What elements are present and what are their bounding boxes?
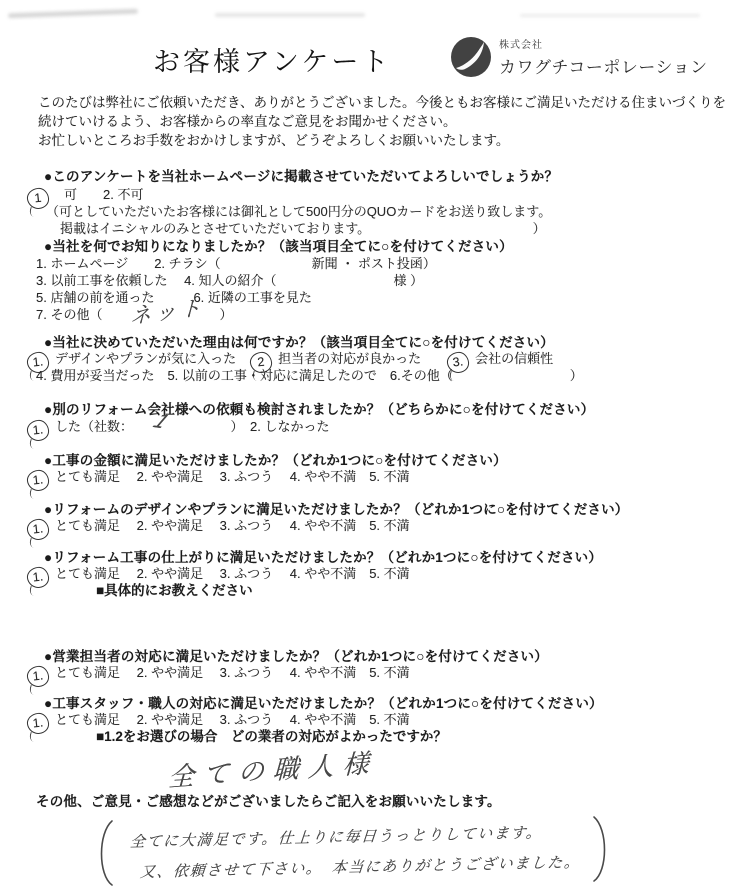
intro-line-1: このたびは弊社にご依頼いただき、ありがとうございました。今後ともお客様にご満足い… [38, 94, 726, 111]
scan-artifact [520, 14, 700, 17]
q7-options-text: とても満足 2. やや満足 3. ふつう 4. やや不満 5. 不満 [55, 566, 410, 581]
handwritten-selection-circle: 1. [26, 518, 50, 541]
handwritten-comment-line-2: 又、依頼させて下さい。 本当にありがとうございました。 [139, 851, 581, 882]
q4-options: 1.した（社数： ） 2. しなかった [27, 418, 329, 441]
handwritten-selection-circle: 1. [26, 712, 50, 735]
q5-options: 1.とても満足 2. やや満足 3. ふつう 4. やや不満 5. 不満 [27, 468, 410, 491]
q6-options-text: とても満足 2. やや満足 3. ふつう 4. やや不満 5. 不満 [55, 518, 410, 533]
q3-option3-text: 会社の信頼性 [475, 351, 553, 366]
q8-options-text: とても満足 2. やや満足 3. ふつう 4. やや不満 5. 不満 [55, 665, 410, 680]
q5-selected-number: 1. [32, 472, 44, 487]
scan-artifact [8, 9, 138, 19]
q3-option2-text: 担当者の対応が良かった [278, 351, 421, 366]
company-name: カワグチコーポレーション [499, 53, 708, 78]
company-logo-icon [450, 36, 492, 78]
scan-artifact [215, 13, 365, 17]
company-logo: 株式会社 カワグチコーポレーション [450, 36, 708, 78]
q2-option-line-2: 3. 以前工事を依頼した 4. 知人の紹介（ 様 ） [36, 272, 423, 289]
q9-handwritten-answer: 全ての職人様 [168, 743, 379, 795]
q1-selected-number: 1 [34, 191, 42, 206]
q9-title: ●工事スタッフ・職人の対応に満足いただけましたか？（どれか1つに○を付けてくださ… [44, 695, 603, 712]
q2-title: ●当社を何でお知りになりましたか？（該当項目全てに○を付けてください） [44, 238, 513, 255]
handwritten-right-bracket [590, 814, 614, 884]
q8-selected-number: 1. [32, 668, 44, 683]
handwritten-selection-circle: 1. [26, 469, 50, 492]
q7-detail-prompt: ■具体的にお教えください [96, 582, 253, 599]
q8-options: 1.とても満足 2. やや満足 3. ふつう 4. やや不満 5. 不満 [27, 664, 410, 687]
q6-options: 1.とても満足 2. やや満足 3. ふつう 4. やや不満 5. 不満 [27, 517, 410, 540]
handwritten-left-bracket [92, 818, 116, 886]
q3-option1-text: デザインやプランが気に入った [55, 351, 236, 366]
q7-title: ●リフォーム工事の仕上がりに満足いただけましたか？（どれか1つに○を付けてくださ… [44, 549, 602, 566]
q8-title: ●営業担当者の対応に満足いただけましたか？（どれか1つに○を付けてください） [44, 648, 548, 665]
company-prefix: 株式会社 [499, 36, 708, 51]
handwritten-selection-circle: 1. [26, 665, 50, 688]
page-title: お客様アンケート [153, 40, 391, 79]
q2-option-line-1: 1. ホームページ 2. チラシ（ 新聞 ・ ポスト投函） [36, 255, 436, 272]
q6-selected-number: 1. [32, 521, 44, 536]
q1-note-1: （可としていただいたお客様には御礼として500円分のQUOカードをお送り致します… [46, 203, 551, 220]
q4-options-text: した（社数： ） 2. しなかった [55, 419, 329, 434]
intro-line-2: 続けていけるよう、お客様からの率直なご意見をお聞かせください。 [38, 113, 457, 130]
q9-detail-prompt: ■1.2をお選びの場合 どの業者の対応がよかったですか？ [96, 728, 447, 745]
q4-title: ●別のリフォーム会社様への依頼も検討されましたか？（どちらかに○を付けてください… [44, 401, 594, 418]
q9-options-text: とても満足 2. やや満足 3. ふつう 4. やや不満 5. 不満 [55, 712, 410, 727]
q9-selected-number: 1. [32, 715, 44, 730]
intro-line-3: お忙しいところお手数をおかけしますが、どうぞよろしくお願いいたします。 [38, 132, 509, 149]
q3-title: ●当社に決めていただいた理由は何ですか？（該当項目全てに○を付けてください） [44, 334, 554, 351]
q6-title: ●リフォームのデザインやプランに満足いただけましたか？（どれか1つに○を付けてく… [44, 501, 629, 518]
q5-title: ●工事の金額に満足いただけましたか？（どれか1つに○を付けてください） [44, 452, 507, 469]
handwritten-selection-circle: 1. [26, 419, 50, 442]
q1-note-2: 掲載はイニシャルのみとさせていただいております。 ） [60, 220, 546, 237]
handwritten-selection-circle: 1. [26, 566, 50, 589]
q5-options-text: とても満足 2. やや満足 3. ふつう 4. やや不満 5. 不満 [55, 469, 410, 484]
comments-prompt: その他、ご意見・ご感想などがございましたらご記入をお願いいたします。 [36, 793, 501, 810]
q1-title: ●このアンケートを当社ホームページに掲載させていただいてよろしいでしょうか？ [44, 168, 558, 185]
handwritten-comment-line-1: 全てに大満足です。仕上りに毎日うっとりしています。 [129, 821, 543, 851]
q4-selected-number: 1. [32, 422, 44, 437]
company-name-block: 株式会社 カワグチコーポレーション [499, 36, 708, 78]
q1-options-text: 可 2. 不可 [64, 187, 143, 202]
survey-document: お客様アンケート 株式会社 カワグチコーポレーション このたびは弊社にご依頼いた… [0, 0, 730, 886]
q3-option-line-2: 4. 費用が妥当だった 5. 以前の工事・対応に満足したので 6.その他（ ） [36, 367, 583, 384]
q7-selected-number: 1. [32, 569, 44, 584]
